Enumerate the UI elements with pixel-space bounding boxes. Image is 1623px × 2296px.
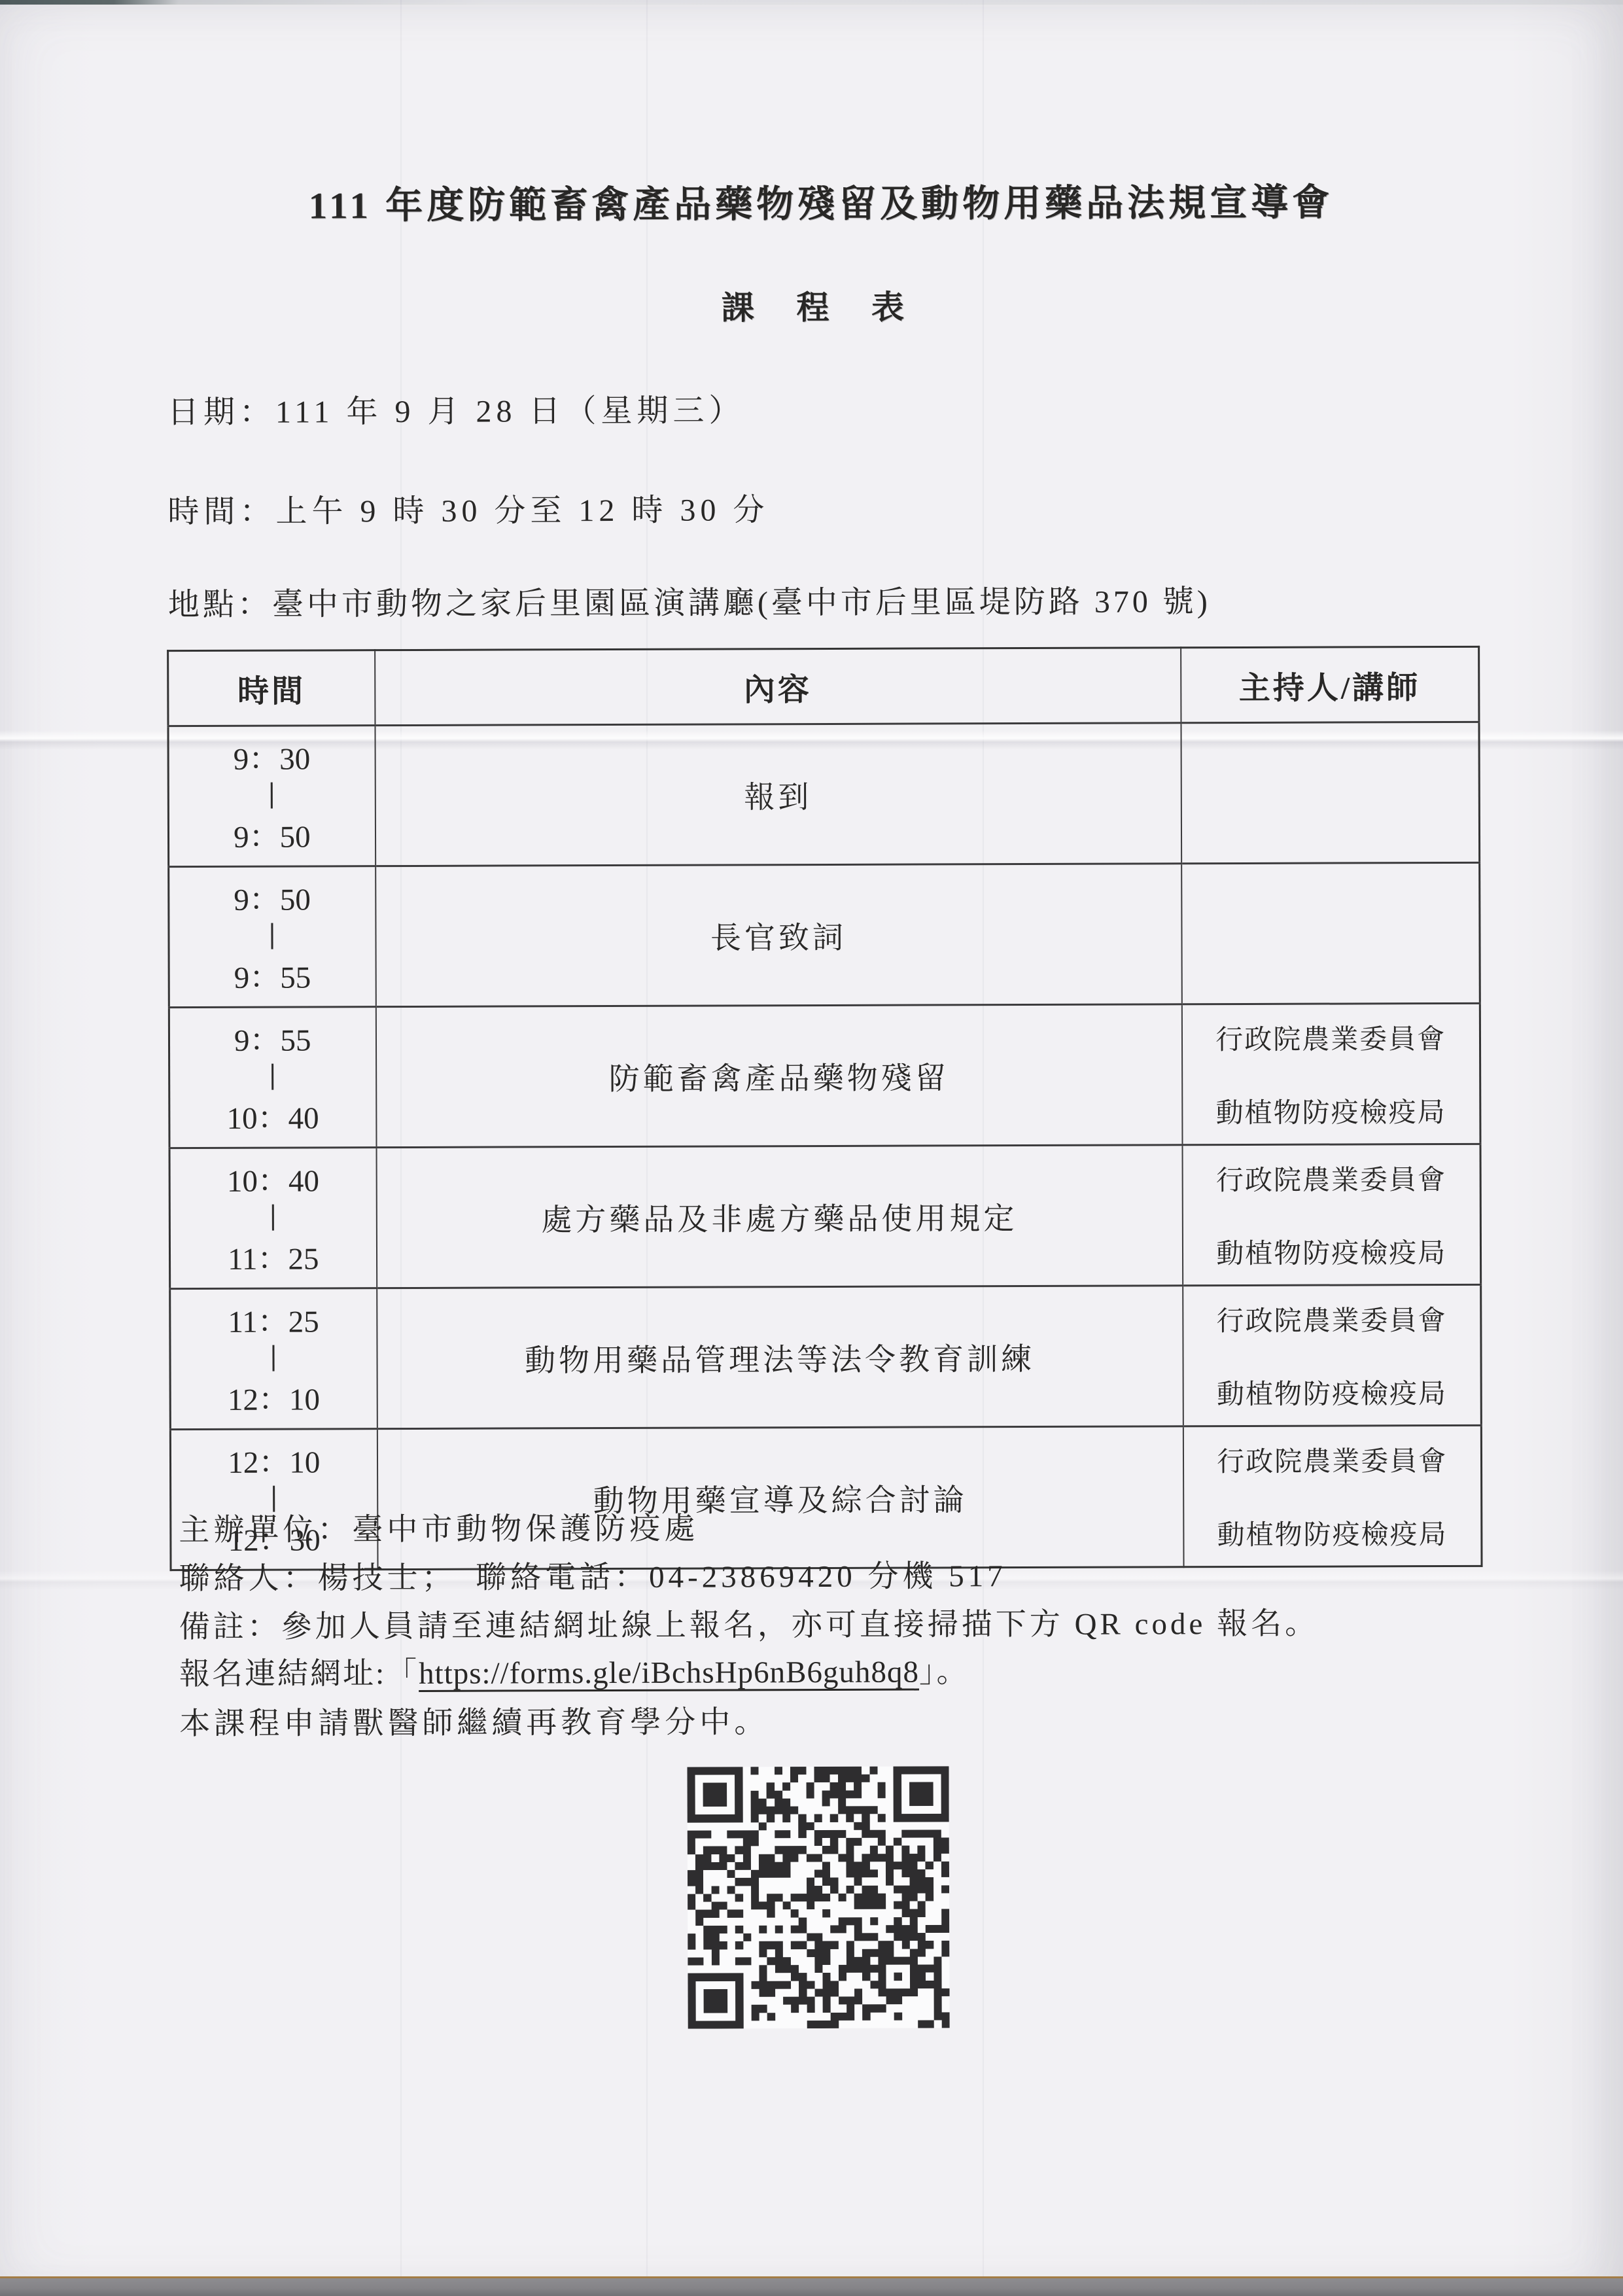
organizer-line: 主辦單位：臺中市動物保護防疫處 <box>179 1504 699 1549</box>
col-header-content: 內容 <box>375 648 1181 726</box>
speaker-line: 動植物防疫檢疫局 <box>1216 1231 1446 1271</box>
col-header-time: 時間 <box>168 650 375 726</box>
registration-line: 報名連結網址:「https://forms.gle/iBchsHp6nB6guh… <box>179 1647 969 1693</box>
content-cell: 處方藥品及非處方藥品使用規定 <box>376 1145 1183 1288</box>
table-row: 9：50 9：55 長官致詞 <box>169 862 1480 1007</box>
speaker-line: 行政院農業委員會 <box>1217 1439 1447 1479</box>
scanner-top-edge <box>0 0 1623 5</box>
registration-label: 報名連結網址:「 <box>179 1657 419 1691</box>
time-cell: 9：30 9：50 <box>168 726 375 867</box>
registration-suffix: 」。 <box>919 1655 969 1689</box>
time-cell: 9：50 9：55 <box>169 866 376 1008</box>
time-range-bar <box>271 1064 273 1090</box>
credit-line: 本課程申請獸醫師繼續再教育學分中。 <box>179 1697 769 1743</box>
speaker-cell: 行政院農業委員會 動植物防疫檢疫局 <box>1182 1144 1481 1285</box>
speaker-cell: 行政院農業委員會 動植物防疫檢疫局 <box>1183 1425 1482 1566</box>
content-cell: 防範畜禽產品藥物殘留 <box>375 1004 1182 1148</box>
speaker-cell <box>1181 722 1480 863</box>
speaker-line: 行政院農業委員會 <box>1216 1158 1446 1198</box>
time-range-bar <box>273 1345 275 1371</box>
start-time: 12：10 <box>228 1438 320 1481</box>
table-row: 11：25 12：10 動物用藥品管理法等法令教育訓練 行政院農業委員會 動植物… <box>170 1284 1482 1429</box>
schedule-table: 時間 內容 主持人/講師 9：30 9：50 報到 <box>167 646 1482 1571</box>
end-time: 10：40 <box>226 1093 319 1137</box>
start-time: 9：55 <box>234 1016 311 1059</box>
scanner-bottom-edge <box>0 2276 1623 2296</box>
table-row: 9：30 9：50 報到 <box>168 722 1480 866</box>
date-line: 日期：111 年 9 月 28 日（星期三） <box>167 385 745 432</box>
start-time: 10：40 <box>227 1156 319 1200</box>
start-time: 9：30 <box>234 734 311 778</box>
note-line: 備註：參加人員請至連結網址線上報名，亦可直接掃描下方 QR code 報名。 <box>179 1599 1319 1646</box>
end-time: 9：55 <box>234 953 311 997</box>
content-cell: 動物用藥品管理法等法令教育訓練 <box>377 1286 1183 1429</box>
start-time: 9：50 <box>234 875 311 919</box>
end-time: 9：50 <box>234 812 311 856</box>
end-time: 12：10 <box>228 1375 320 1419</box>
start-time: 11：25 <box>228 1297 319 1341</box>
col-header-speaker: 主持人/講師 <box>1181 646 1479 722</box>
time-range-bar <box>271 783 273 809</box>
document-subtitle: 課 程 表 <box>166 279 1476 330</box>
speaker-cell: 行政院農業委員會 動植物防疫檢疫局 <box>1181 1003 1480 1144</box>
time-cell: 10：40 11：25 <box>169 1148 377 1289</box>
time-cell: 9：55 10：40 <box>169 1007 376 1148</box>
table-row: 10：40 11：25 處方藥品及非處方藥品使用規定 行政院農業委員會 動植物防… <box>169 1144 1481 1288</box>
schedule-header-row: 時間 內容 主持人/講師 <box>168 646 1479 726</box>
scanned-document-page: 111 年度防範畜禽產品藥物殘留及動物用藥品法規宣導會 課 程 表 日期：111… <box>0 0 1623 2296</box>
table-row: 9：55 10：40 防範畜禽產品藥物殘留 行政院農業委員會 動植物防疫檢疫局 <box>169 1003 1480 1148</box>
document-title: 111 年度防範畜禽產品藥物殘留及動物用藥品法規宣導會 <box>166 172 1476 230</box>
speaker-cell: 行政院農業委員會 動植物防疫檢疫局 <box>1183 1284 1482 1426</box>
speaker-line: 動植物防疫檢疫局 <box>1217 1513 1448 1553</box>
content-cell: 報到 <box>375 723 1181 866</box>
time-range-bar <box>271 923 273 949</box>
location-line: 地點：臺中市動物之家后里園區演講廳(臺中市后里區堤防路 370 號) <box>168 576 1211 624</box>
time-cell: 11：25 12：10 <box>170 1288 377 1430</box>
content-cell: 長官致詞 <box>375 864 1182 1007</box>
speaker-line: 動植物防疫檢疫局 <box>1217 1372 1447 1412</box>
contact-line: 聯絡人：楊技士； 聯絡電話：04-23869420 分機 517 <box>179 1551 1006 1598</box>
time-range-bar <box>272 1205 274 1231</box>
speaker-line: 動植物防疫檢疫局 <box>1215 1091 1446 1131</box>
speaker-line: 行政院農業委員會 <box>1215 1017 1446 1057</box>
registration-url: https://forms.gle/iBchsHp6nB6guh8q8 <box>419 1655 919 1691</box>
qr-code <box>687 1766 949 2028</box>
time-line: 時間：上午 9 時 30 分至 12 時 30 分 <box>167 484 769 531</box>
end-time: 11：25 <box>228 1234 319 1278</box>
speaker-cell <box>1181 862 1480 1004</box>
speaker-line: 行政院農業委員會 <box>1216 1299 1446 1339</box>
